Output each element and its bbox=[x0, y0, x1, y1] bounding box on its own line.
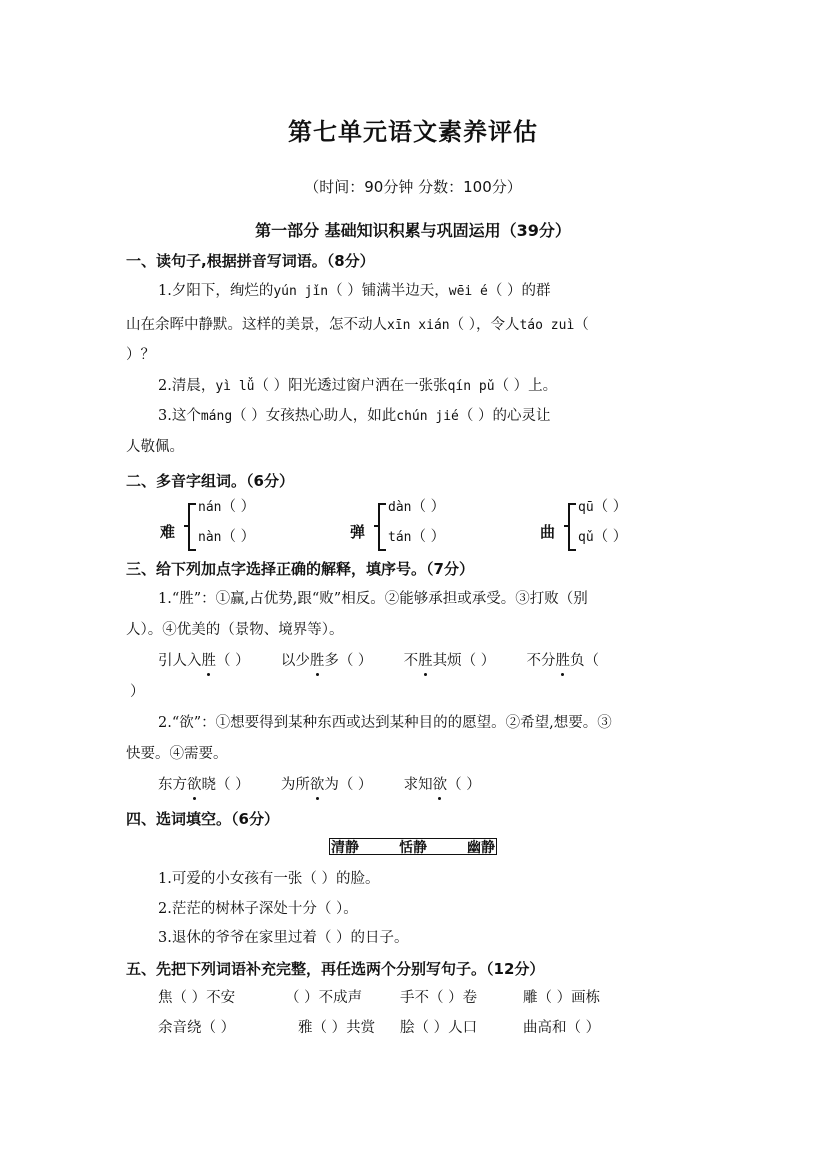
idiom-8[interactable]: 曲高和（ ） bbox=[523, 1018, 600, 1038]
item[interactable]: 东方欲晓（ ） bbox=[158, 777, 250, 793]
blank-text[interactable]: （ ）女孩热心助人，如此 bbox=[232, 408, 396, 424]
q2-items: 东方欲晓（ ） 为所欲为（ ） 求知欲（ ） bbox=[158, 775, 481, 795]
brace-icon bbox=[378, 503, 386, 551]
part-heading: 第一部分 基础知识积累与巩固运用（39分） bbox=[0, 218, 826, 241]
item[interactable]: 不胜其烦（ ） bbox=[404, 653, 496, 669]
pinyin: táo zuì bbox=[519, 318, 574, 333]
section-4-heading: 四、选词填空。（6分） bbox=[126, 808, 279, 829]
blank-text[interactable]: （ ），令人 bbox=[450, 317, 520, 333]
blank-text[interactable]: （ ） bbox=[221, 529, 255, 545]
pinyin: máng bbox=[201, 409, 232, 424]
pinyin: wēi é bbox=[449, 284, 488, 299]
s4-line-1[interactable]: 1.可爱的小女孩有一张（ ）的脸。 bbox=[158, 869, 379, 889]
item[interactable]: 为所欲为（ ） bbox=[281, 777, 373, 793]
pinyin: qín pǔ bbox=[448, 379, 495, 394]
pinyin: nán bbox=[198, 500, 221, 515]
text: 山在余晖中静默。这样的美景，怎不动人 bbox=[126, 317, 387, 333]
s1-line-1: 1.夕阳下，绚烂的yún jǐn（ ）铺满半边天，wēi é（ ）的群 bbox=[158, 281, 551, 302]
s1-line-4: 2.清晨，yì lǚ（ ）阳光透过窗户洒在一张张qín pǔ（ ）上。 bbox=[158, 376, 557, 397]
brace-icon bbox=[188, 503, 196, 551]
word-option: 恬静 bbox=[399, 837, 427, 857]
q2-definition-line-2: 快要。④需要。 bbox=[126, 744, 228, 764]
item[interactable]: 以少胜多（ ） bbox=[281, 653, 373, 669]
idiom-2[interactable]: （ ）不成声 bbox=[285, 988, 362, 1008]
reading-2: nàn（ ） bbox=[198, 527, 255, 548]
pinyin: chún jié bbox=[396, 409, 459, 424]
s1-line-5: 3.这个máng（ ）女孩热心助人，如此chún jié（ ）的心灵让 bbox=[158, 406, 551, 427]
q1-definition-line-2: 人）。④优美的（景物、境界等）。 bbox=[126, 620, 344, 640]
s4-line-3[interactable]: 3.退休的爷爷在家里过着（ ）的日子。 bbox=[158, 928, 408, 948]
q1-tail: ） bbox=[130, 682, 145, 702]
blank-text[interactable]: （ ） bbox=[221, 499, 255, 515]
section-1-heading: 一、读句子,根据拼音写词语。（8分） bbox=[126, 250, 375, 271]
pinyin: xīn xián bbox=[387, 318, 450, 333]
s1-line-6: 人敬佩。 bbox=[126, 437, 184, 457]
blank-text[interactable]: （ ） bbox=[594, 529, 628, 545]
polyphone-char: 曲 bbox=[540, 521, 555, 542]
brace-icon bbox=[568, 503, 576, 551]
idiom-1[interactable]: 焦（ ）不安 bbox=[158, 988, 235, 1008]
s1-line-3: ）？ bbox=[126, 345, 155, 365]
pinyin: yún jǐn bbox=[273, 284, 328, 299]
q2-definition-line-1: 2.“欲”：①想要得到某种东西或达到某种目的的愿望。②希望,想要。③ bbox=[158, 713, 612, 733]
pinyin: qū bbox=[578, 500, 594, 515]
item[interactable]: 引人入胜（ ） bbox=[158, 653, 250, 669]
text: 3.这个 bbox=[158, 408, 201, 424]
blank-text[interactable]: （ ）上。 bbox=[495, 378, 558, 394]
pinyin: tán bbox=[388, 530, 411, 545]
pinyin: yì lǚ bbox=[215, 379, 254, 394]
polyphone-char: 弹 bbox=[350, 521, 365, 542]
s1-line-2: 山在余晖中静默。这样的美景，怎不动人xīn xián（ ），令人táo zuì（ bbox=[126, 315, 589, 336]
reading-2: tán（ ） bbox=[388, 527, 445, 548]
blank-text[interactable]: （ ） bbox=[594, 499, 628, 515]
word-bank: 清静 恬静 幽静 bbox=[329, 838, 497, 855]
item[interactable]: 不分胜负（ bbox=[526, 653, 599, 669]
blank-text[interactable]: （ bbox=[574, 317, 589, 333]
text: 2.清晨， bbox=[158, 378, 215, 394]
idiom-6[interactable]: 雅（ ）共赏 bbox=[298, 1018, 375, 1038]
section-5-heading: 五、先把下列词语补充完整，再任选两个分别写句子。（12分） bbox=[126, 958, 544, 979]
blank-text[interactable]: （ ）的心灵让 bbox=[459, 408, 551, 424]
section-3-heading: 三、给下列加点字选择正确的解释，填序号。（7分） bbox=[126, 558, 474, 579]
pinyin: nàn bbox=[198, 530, 221, 545]
idiom-3[interactable]: 手不（ ）卷 bbox=[400, 988, 477, 1008]
reading-1: nán（ ） bbox=[198, 497, 255, 518]
polyphone-char: 难 bbox=[160, 521, 175, 542]
word-option: 幽静 bbox=[467, 837, 495, 857]
pinyin: dàn bbox=[388, 500, 411, 515]
idiom-5[interactable]: 余音绕（ ） bbox=[158, 1018, 235, 1038]
blank-text[interactable]: （ ） bbox=[411, 529, 445, 545]
section-2-heading: 二、多音字组词。（6分） bbox=[126, 470, 294, 491]
word-option: 清静 bbox=[331, 837, 359, 857]
page-title: 第七单元语文素养评估 bbox=[0, 112, 826, 147]
exam-info: （时间：90分钟 分数：100分） bbox=[0, 176, 826, 197]
idiom-7[interactable]: 脍（ ）人口 bbox=[400, 1018, 477, 1038]
idiom-4[interactable]: 雕（ ）画栋 bbox=[523, 988, 600, 1008]
blank-text[interactable]: （ ）阳光透过窗户洒在一张张 bbox=[254, 378, 447, 394]
q1-definition-line-1: 1.“胜”：①赢,占优势,跟“败”相反。②能够承担或承受。③打败（别 bbox=[158, 589, 588, 609]
blank-text[interactable]: （ ）的群 bbox=[488, 283, 551, 299]
item[interactable]: 求知欲（ ） bbox=[404, 777, 481, 793]
text: 1.夕阳下，绚烂的 bbox=[158, 283, 273, 299]
reading-1: dàn（ ） bbox=[388, 497, 445, 518]
pinyin: qǔ bbox=[578, 530, 594, 545]
blank-text[interactable]: （ ）铺满半边天， bbox=[328, 283, 449, 299]
q1-items: 引人入胜（ ） 以少胜多（ ） 不胜其烦（ ） 不分胜负（ bbox=[158, 651, 599, 671]
s4-line-2[interactable]: 2.茫茫的树林子深处十分（ ）。 bbox=[158, 899, 358, 919]
reading-2: qǔ（ ） bbox=[578, 527, 627, 548]
blank-text[interactable]: （ ） bbox=[411, 499, 445, 515]
reading-1: qū（ ） bbox=[578, 497, 627, 518]
